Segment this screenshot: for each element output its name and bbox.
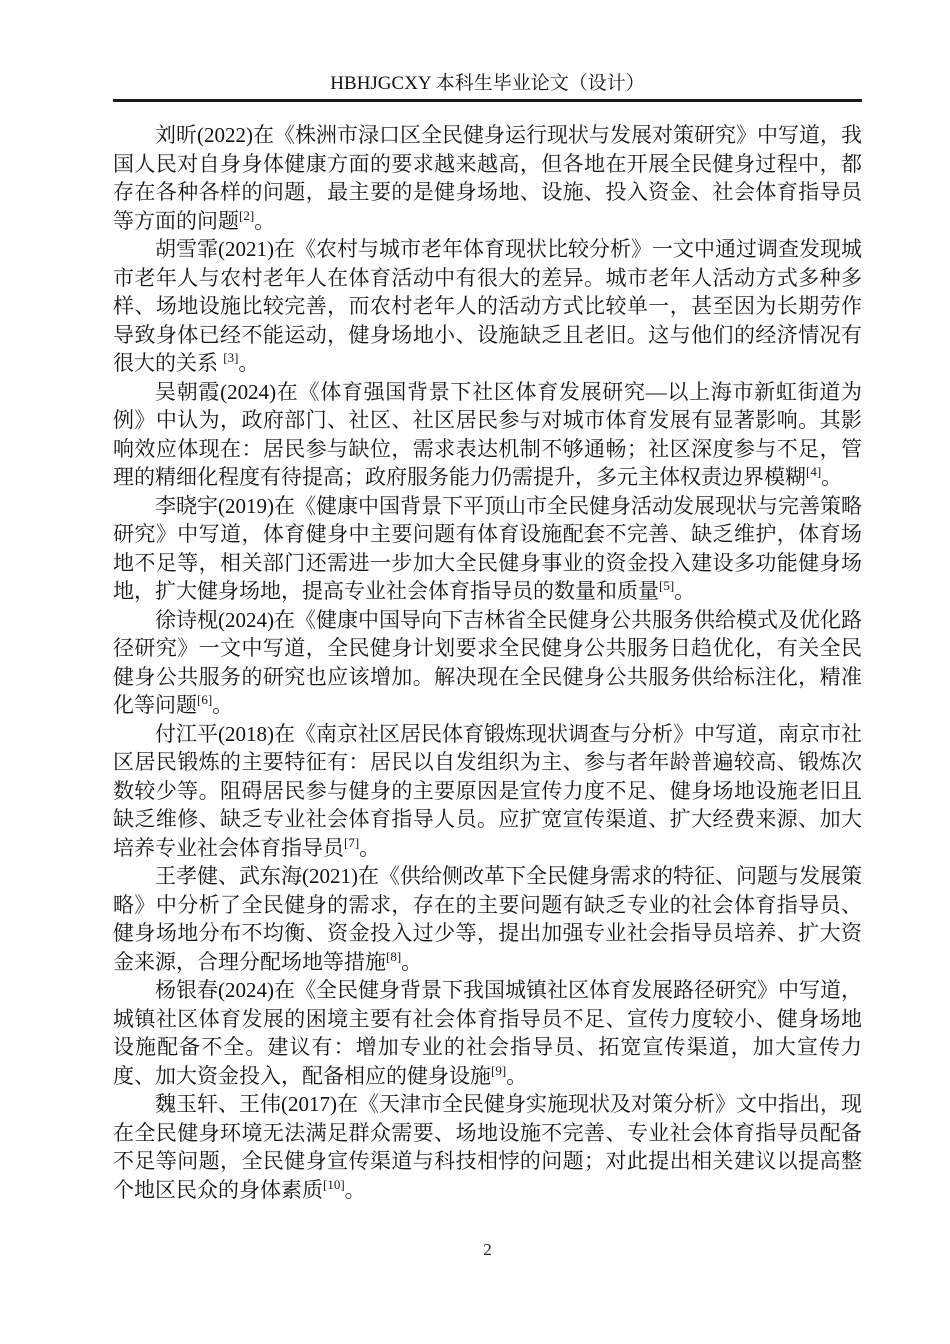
page-header-title: HBHJGCXY 本科生毕业论文（设计）	[113, 72, 862, 96]
paragraph-text: 吴朝霞(2024)在《体育强国背景下社区体育发展研究—以上海市新虹街道为例》中认…	[113, 380, 862, 490]
paragraph-period: 。	[238, 351, 259, 375]
paragraph-liu-xin: 刘昕(2022)在《株洲市渌口区全民健身运行现状与发展对策研究》中写道，我国人民…	[113, 121, 862, 235]
citation-marker: [5]	[659, 578, 674, 593]
literature-review-body: 刘昕(2022)在《株洲市渌口区全民健身运行现状与发展对策研究》中写道，我国人民…	[113, 121, 862, 1204]
citation-marker: [3]	[223, 350, 238, 365]
paragraph-text: 李晓宇(2019)在《健康中国背景下平顶山市全民健身活动发展现状与完善策略研究》…	[113, 494, 862, 604]
paragraph-period: 。	[401, 950, 422, 974]
paragraph-li-xiaoyu: 李晓宇(2019)在《健康中国背景下平顶山市全民健身活动发展现状与完善策略研究》…	[113, 492, 862, 606]
citation-marker: [4]	[806, 464, 821, 479]
citation-marker: [8]	[386, 949, 401, 964]
paragraph-period: 。	[345, 1178, 366, 1202]
paragraph-text: 刘昕(2022)在《株洲市渌口区全民健身运行现状与发展对策研究》中写道，我国人民…	[113, 123, 862, 233]
paragraph-wei-yuxuan-wang-wei: 魏玉轩、王伟(2017)在《天津市全民健身实施现状及对策分析》文中指出，现在全民…	[113, 1090, 862, 1204]
paragraph-hu-xuefei: 胡雪霏(2021)在《农村与城市老年体育现状比较分析》一文中通过调查发现城市老年…	[113, 235, 862, 378]
paragraph-text: 王孝健、武东海(2021)在《供给侧改革下全民健身需求的特征、问题与发展策略》中…	[113, 864, 862, 974]
paragraph-text: 杨银春(2024)在《全民健身背景下我国城镇社区体育发展路径研究》中写道，城镇社…	[113, 978, 862, 1088]
paragraph-period: 。	[674, 579, 695, 603]
paragraph-text: 魏玉轩、王伟(2017)在《天津市全民健身实施现状及对策分析》文中指出，现在全民…	[113, 1092, 862, 1202]
paragraph-period: 。	[506, 1064, 527, 1088]
header-divider-rule	[113, 99, 862, 102]
paragraph-wang-xiaojian-wu-donghai: 王孝健、武东海(2021)在《供给侧改革下全民健身需求的特征、问题与发展策略》中…	[113, 862, 862, 976]
citation-marker: [10]	[323, 1177, 345, 1192]
citation-marker: [2]	[239, 208, 254, 223]
paragraph-yang-yinchun: 杨银春(2024)在《全民健身背景下我国城镇社区体育发展路径研究》中写道，城镇社…	[113, 976, 862, 1090]
paragraph-text: 付江平(2018)在《南京社区居民体育锻炼现状调查与分析》中写道，南京市社区居民…	[113, 722, 862, 860]
thesis-page: HBHJGCXY 本科生毕业论文（设计） 刘昕(2022)在《株洲市渌口区全民健…	[0, 0, 950, 1344]
page-number: 2	[113, 1240, 862, 1260]
paragraph-period: 。	[212, 693, 233, 717]
paragraph-fu-jiangping: 付江平(2018)在《南京社区居民体育锻炼现状调查与分析》中写道，南京市社区居民…	[113, 720, 862, 863]
paragraph-xu-shijian: 徐诗枧(2024)在《健康中国导向下吉林省全民健身公共服务供给模式及优化路径研究…	[113, 606, 862, 720]
citation-marker: [6]	[197, 692, 212, 707]
paragraph-period: 。	[359, 836, 380, 860]
citation-marker: [9]	[491, 1063, 506, 1078]
citation-marker: [7]	[344, 835, 359, 850]
paragraph-period: 。	[821, 465, 842, 489]
paragraph-period: 。	[254, 209, 275, 233]
paragraph-wu-chaoxia: 吴朝霞(2024)在《体育强国背景下社区体育发展研究—以上海市新虹街道为例》中认…	[113, 378, 862, 492]
